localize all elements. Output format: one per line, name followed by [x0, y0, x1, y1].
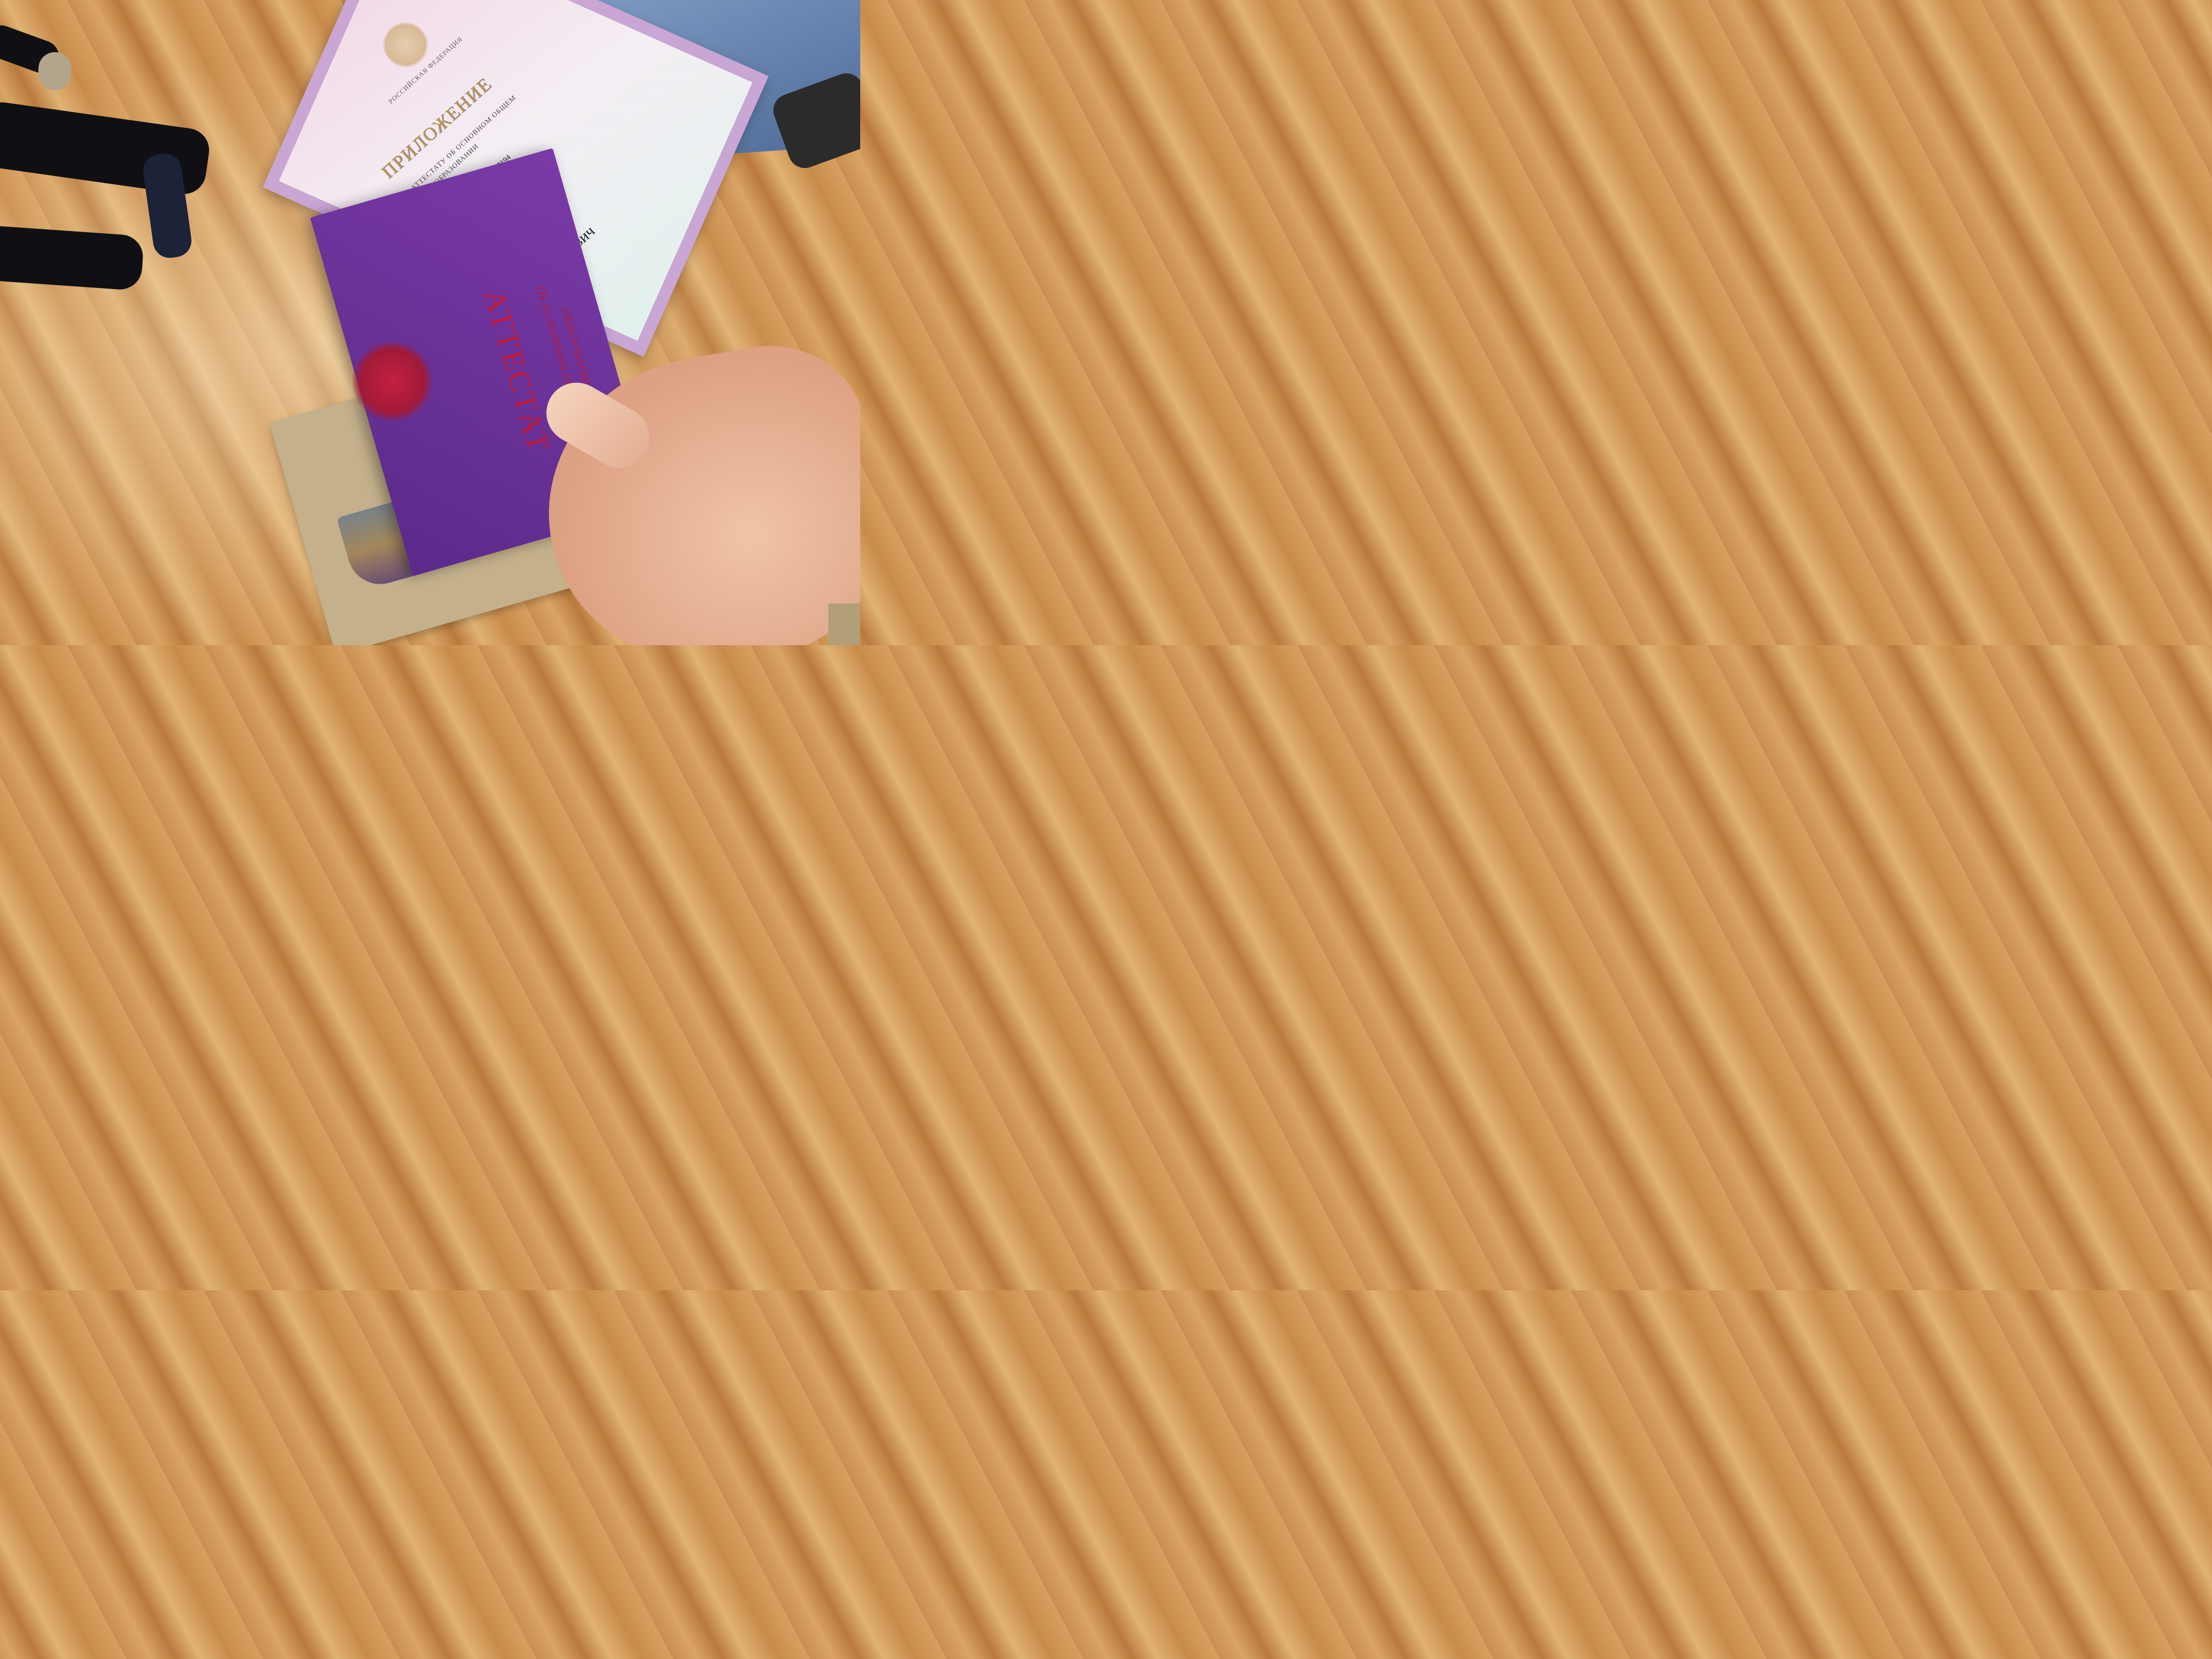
shoe [38, 52, 71, 91]
person-leg [0, 225, 144, 291]
sleeve [828, 603, 860, 645]
red-eagle-emblem-icon [351, 340, 433, 422]
